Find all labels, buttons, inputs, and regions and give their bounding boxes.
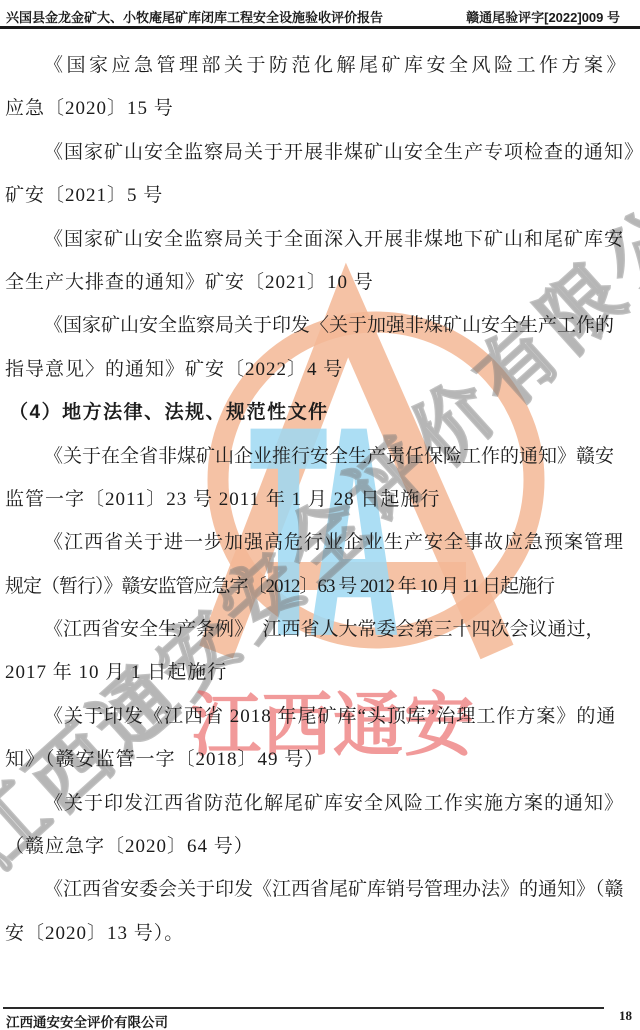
document-number: 赣通尾验评字[2022]009 号 (466, 7, 620, 26)
report-title: 兴国县金龙金矿大、小牧庵尾矿库闭库工程安全设施验收评价报告 (6, 7, 383, 26)
page-header: 兴国县金龙金矿大、小牧庵尾矿库闭库工程安全设施验收评价报告 赣通尾验评字[202… (0, 0, 640, 29)
footer-divider (3, 1007, 604, 1009)
body-line: 应急〔2020〕15 号 (5, 87, 637, 130)
body-line: （赣应急字〔2020〕64 号） (5, 825, 637, 868)
page-number: 18 (619, 1008, 632, 1024)
body-line: 《国家矿山安全监察局关于全面深入开展非煤地下矿山和尾矿库安 (5, 218, 637, 261)
body-line: 矿安〔2021〕5 号 (5, 174, 637, 217)
body-line: 《国家矿山安全监察局关于印发〈关于加强非煤矿山安全生产工作的 (5, 304, 637, 347)
body-line: 《关于印发江西省防范化解尾矿库安全风险工作实施方案的通知》 (5, 782, 637, 825)
body-line: 《江西省关于进一步加强高危行业企业生产安全事故应急预案管理 (5, 521, 637, 564)
body-line: 规定（暂行）》赣安监管应急字〔2012〕63 号 2012 年 10 月 11 … (5, 565, 637, 608)
body-line: 全生产大排查的通知》矿安〔2021〕10 号 (5, 261, 637, 304)
section-heading: （4）地方法律、法规、规范性文件 (5, 391, 637, 434)
document-body: 《国家应急管理部关于防范化解尾矿库安全风险工作方案》应急〔2020〕15 号《国… (5, 44, 637, 955)
body-line: 知》（赣安监管一字〔2018〕49 号） (5, 738, 637, 781)
body-line: 《江西省安全生产条例》 江西省人大常委会第三十四次会议通过， (5, 608, 637, 651)
body-line: 《国家应急管理部关于防范化解尾矿库安全风险工作方案》 (5, 44, 637, 87)
body-line: 指导意见〉的通知》矿安〔2022〕4 号 (5, 348, 637, 391)
body-line: 《江西省安委会关于印发《江西省尾矿库销号管理办法》的通知》（赣 (5, 868, 637, 911)
body-line: 2017 年 10 月 1 日起施行 (5, 651, 637, 694)
body-line: 监管一字〔2011〕23 号 2011 年 1 月 28 日起施行 (5, 478, 637, 521)
body-line: 《关于印发《江西省 2018 年尾矿库“头顶库”治理工作方案》的通 (5, 695, 637, 738)
body-line: 安〔2020〕13 号）。 (5, 912, 637, 955)
footer-company-name: 江西通安安全评价有限公司 (6, 1011, 168, 1030)
body-line: 《国家矿山安全监察局关于开展非煤矿山安全生产专项检查的通知》 (5, 131, 637, 174)
body-line: 《关于在全省非煤矿山企业推行安全生产责任保险工作的通知》赣安 (5, 435, 637, 478)
